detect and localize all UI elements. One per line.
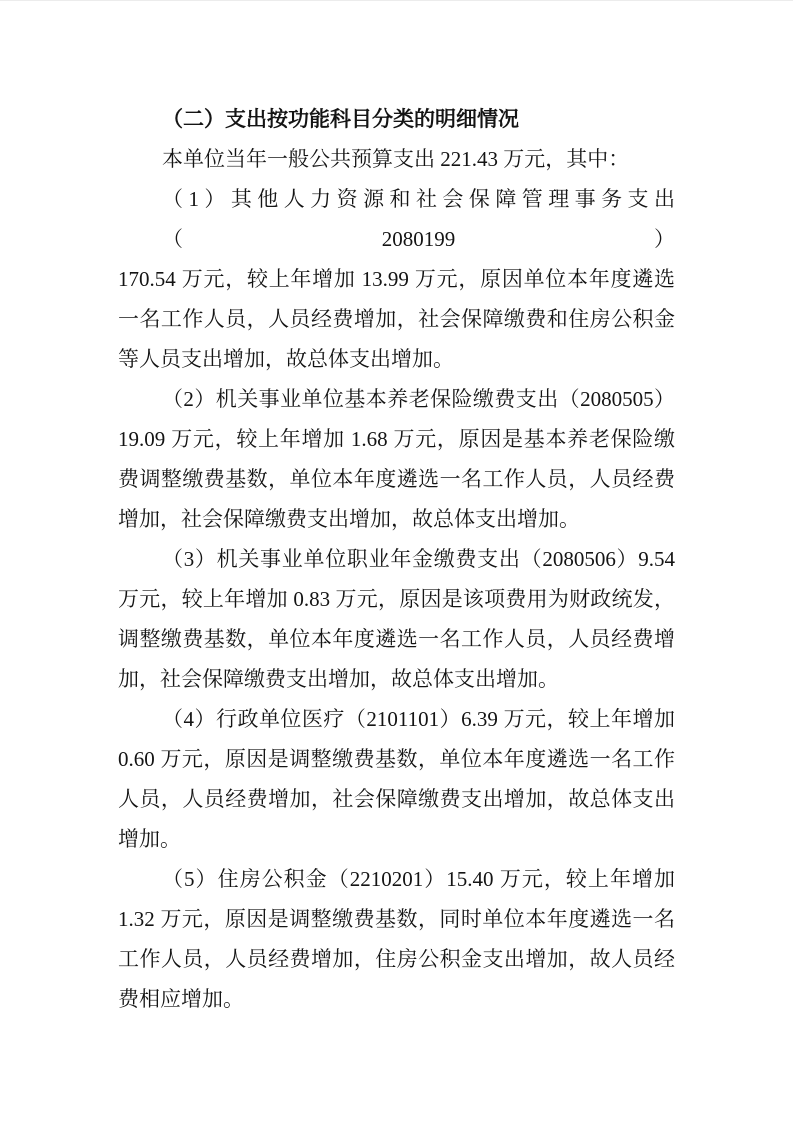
section-heading: （二）支出按功能科目分类的明细情况: [118, 99, 675, 139]
text-line: 0.60 万元，原因是调整缴费基数，单位本年度遴选一名工作: [118, 739, 675, 779]
text-line: （2）机关事业单位基本养老保险缴费支出（2080505）: [118, 379, 675, 419]
text-line: 等人员支出增加，故总体支出增加。: [118, 339, 675, 379]
text-line: 本单位当年一般公共预算支出 221.43 万元，其中：: [118, 139, 675, 179]
paragraph: （4）行政单位医疗（2101101）6.39 万元，较上年增加0.60 万元，原…: [118, 699, 675, 859]
paragraph: 本单位当年一般公共预算支出 221.43 万元，其中：: [118, 139, 675, 179]
paragraph: （2）机关事业单位基本养老保险缴费支出（2080505）19.09 万元，较上年…: [118, 379, 675, 539]
text-line: 万元，较上年增加 0.83 万元，原因是该项费用为财政统发，: [118, 579, 675, 619]
text-line: 工作人员，人员经费增加，住房公积金支出增加，故人员经: [118, 939, 675, 979]
text-line: （1）其他人力资源和社会保障管理事务支出（2080199）: [118, 179, 675, 259]
document-page: （二）支出按功能科目分类的明细情况本单位当年一般公共预算支出 221.43 万元…: [0, 0, 793, 1122]
text-line: 一名工作人员，人员经费增加，社会保障缴费和住房公积金: [118, 299, 675, 339]
text-line: 费相应增加。: [118, 979, 675, 1019]
text-line: 1.32 万元，原因是调整缴费基数，同时单位本年度遴选一名: [118, 899, 675, 939]
text-line: 加，社会保障缴费支出增加，故总体支出增加。: [118, 659, 675, 699]
text-line: （5）住房公积金（2210201）15.40 万元，较上年增加: [118, 859, 675, 899]
paragraph: （1）其他人力资源和社会保障管理事务支出（2080199）170.54 万元，较…: [118, 179, 675, 379]
text-line: 费调整缴费基数，单位本年度遴选一名工作人员，人员经费: [118, 459, 675, 499]
text-line: 调整缴费基数，单位本年度遴选一名工作人员，人员经费增: [118, 619, 675, 659]
paragraph: （3）机关事业单位职业年金缴费支出（2080506）9.54万元，较上年增加 0…: [118, 539, 675, 699]
text-line: 170.54 万元，较上年增加 13.99 万元，原因单位本年度遴选: [118, 259, 675, 299]
text-line: （4）行政单位医疗（2101101）6.39 万元，较上年增加: [118, 699, 675, 739]
text-line: 19.09 万元，较上年增加 1.68 万元，原因是基本养老保险缴: [118, 419, 675, 459]
text-line: 增加。: [118, 819, 675, 859]
text-line: （二）支出按功能科目分类的明细情况: [118, 99, 675, 139]
paragraph: （5）住房公积金（2210201）15.40 万元，较上年增加1.32 万元，原…: [118, 859, 675, 1019]
text-line: （3）机关事业单位职业年金缴费支出（2080506）9.54: [118, 539, 675, 579]
text-line: 人员，人员经费增加，社会保障缴费支出增加，故总体支出: [118, 779, 675, 819]
text-line: 增加，社会保障缴费支出增加，故总体支出增加。: [118, 499, 675, 539]
document-body: （二）支出按功能科目分类的明细情况本单位当年一般公共预算支出 221.43 万元…: [118, 99, 675, 1019]
